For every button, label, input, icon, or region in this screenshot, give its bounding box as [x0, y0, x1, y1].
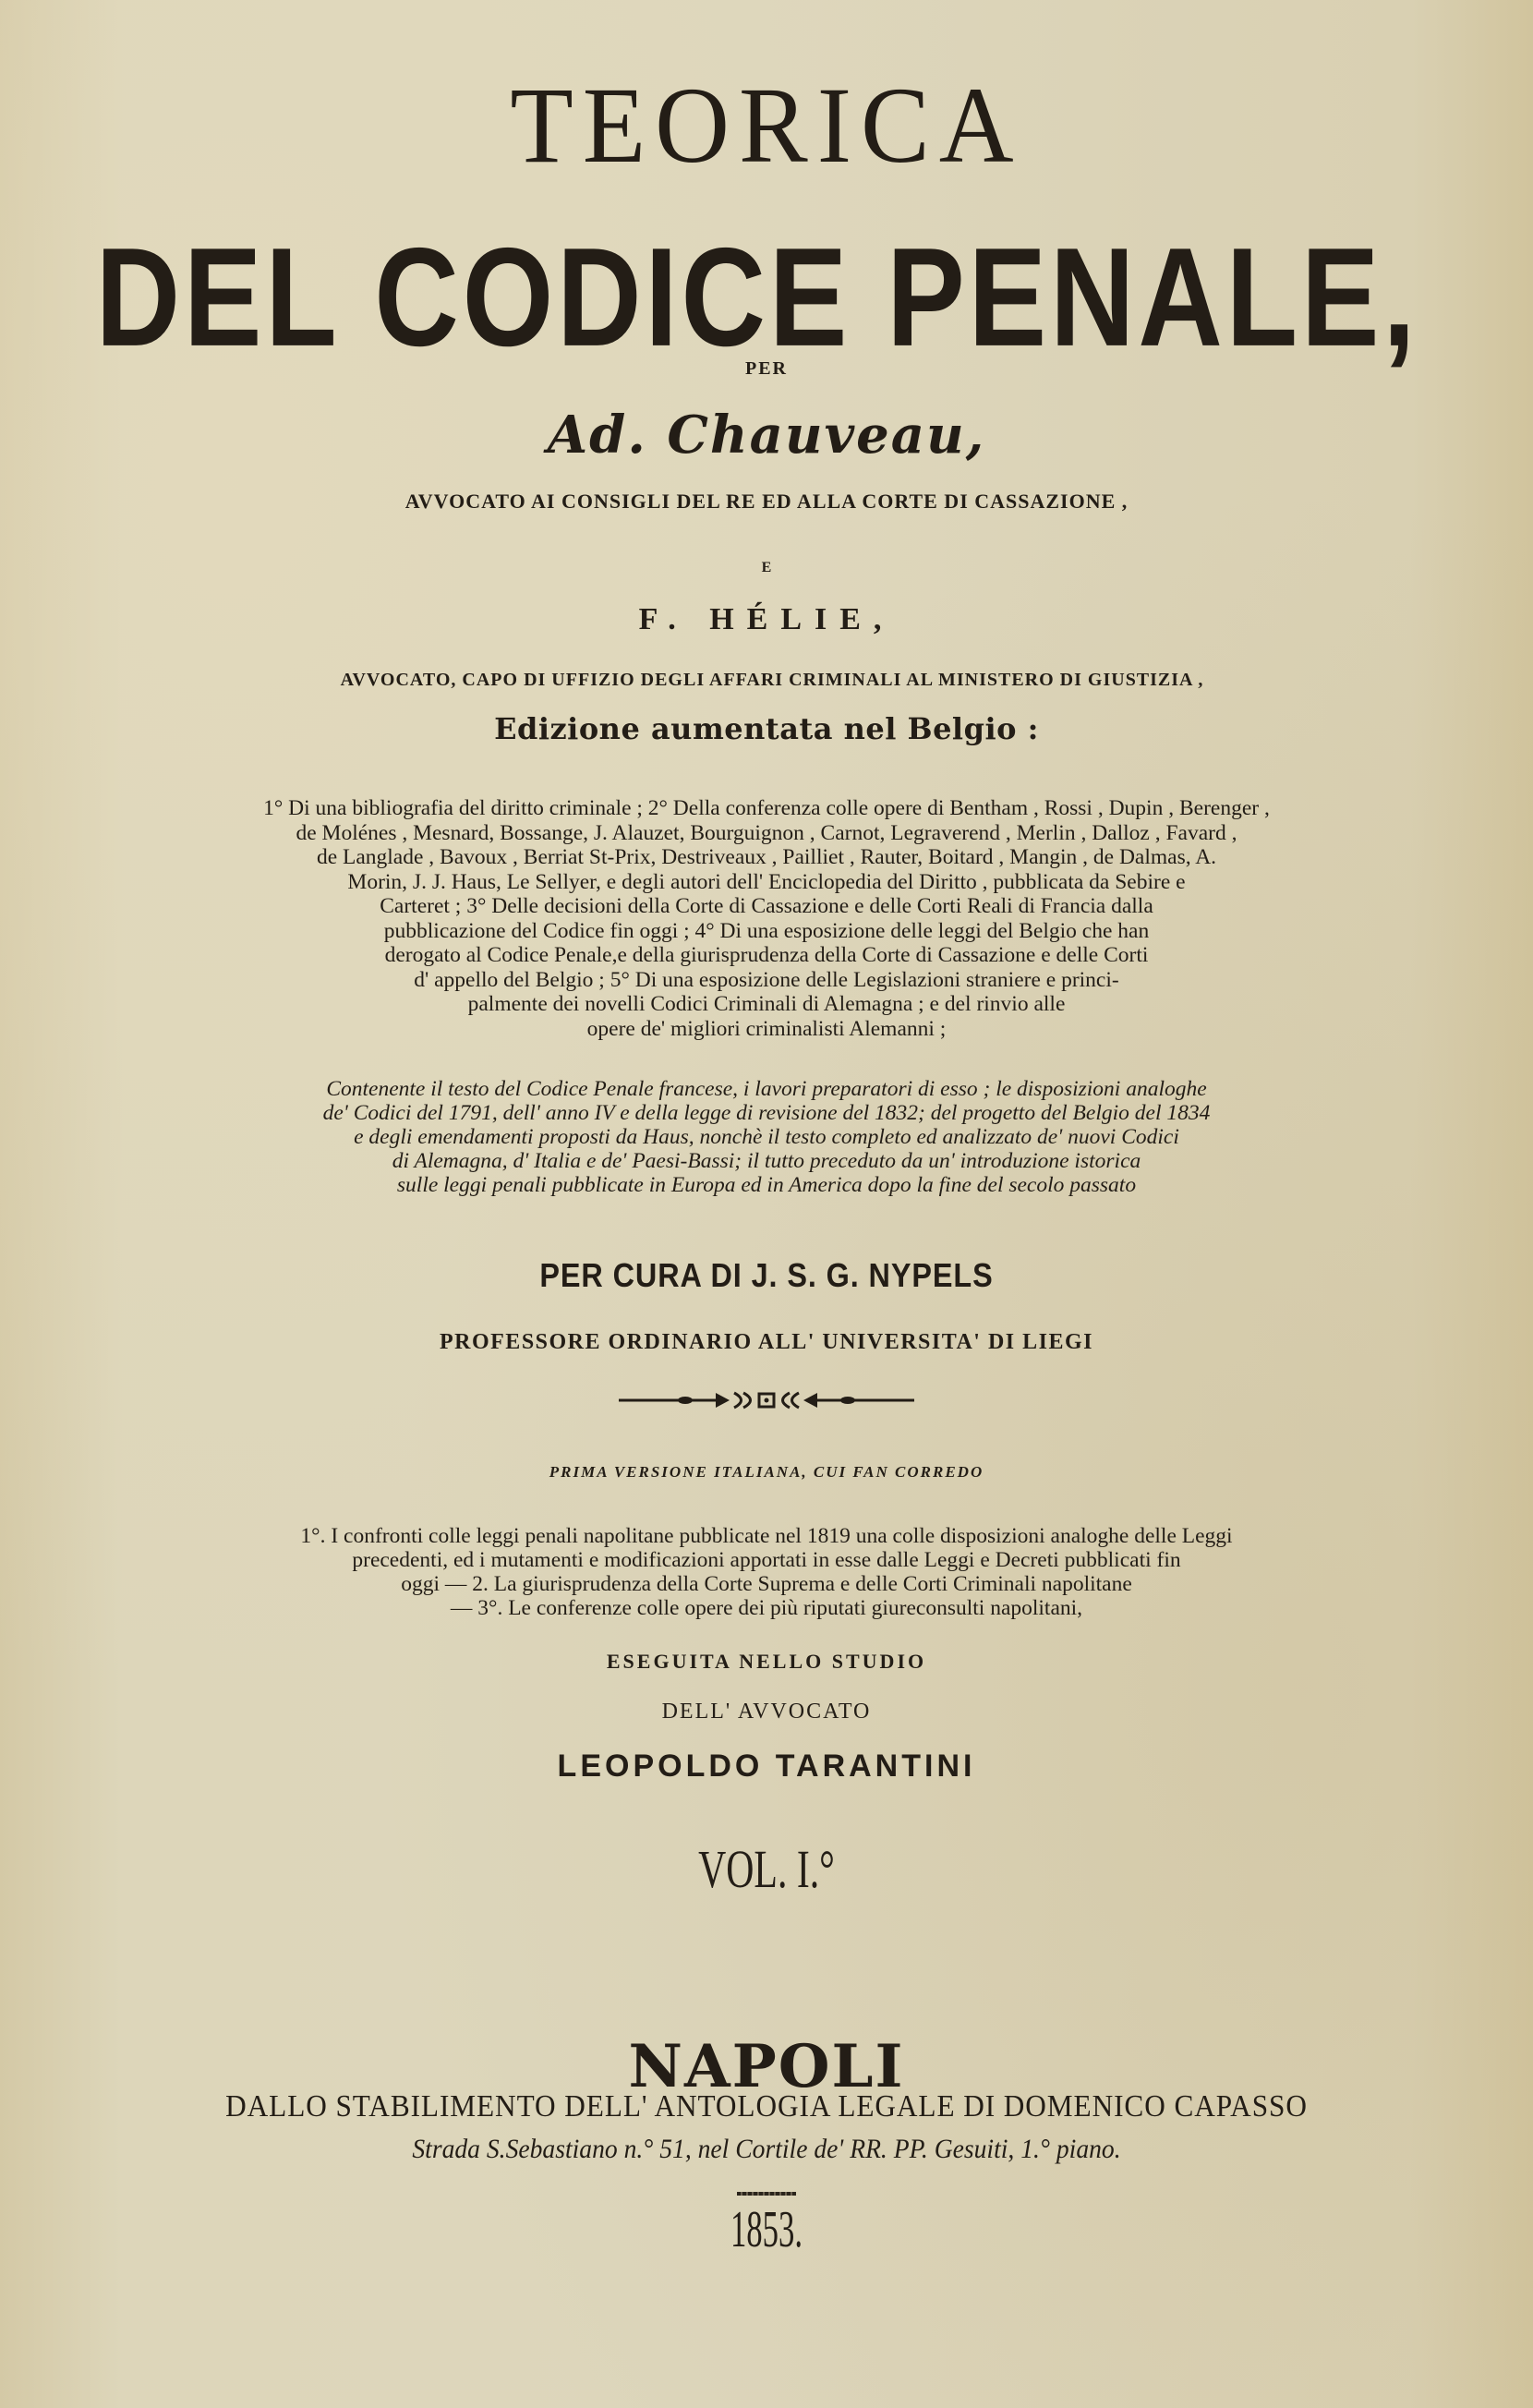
title-line-2: DEL CODICE PENALE, — [21, 217, 1493, 378]
contents-paragraph: Contenente il testo del Codice Penale fr… — [0, 1077, 1533, 1197]
title-page: TEORICA DEL CODICE PENALE, PER Ad. Chauv… — [0, 0, 1533, 2408]
author-2-role: AVVOCATO, CAPO DI UFFIZIO DEGLI AFFARI C… — [6, 670, 1533, 691]
confronti-line: — 3°. Le conferenze colle opere dei più … — [0, 1596, 1533, 1620]
bibliography-line: d' appello del Belgio ; 5° Di una esposi… — [0, 968, 1533, 993]
italian-version-heading: PRIMA VERSIONE ITALIANA, CUI FAN CORREDO — [0, 1463, 1533, 1482]
contents-line: di Alemagna, d' Italia e de' Paesi-Bassi… — [0, 1149, 1533, 1173]
confronti-line: 1°. I confronti colle leggi penali napol… — [0, 1524, 1533, 1548]
imprint-publisher: DALLO STABILIMENTO DELL' ANTOLOGIA LEGAL… — [61, 2089, 1471, 2124]
contents-line: e degli emendamenti proposti da Haus, no… — [0, 1125, 1533, 1149]
bibliography-line: Morin, J. J. Haus, Le Sellyer, e degli a… — [0, 870, 1533, 895]
translator-name: LEOPOLDO TARANTINI — [0, 1749, 1533, 1785]
curator-line: PER CURA DI J. S. G. NYPELS — [77, 1256, 1456, 1295]
imprint-year: 1853. — [291, 2200, 1241, 2259]
of-the-lawyer: DELL' AVVOCATO — [0, 1700, 1533, 1724]
bibliography-line: de Molénes , Mesnard, Bossange, J. Alauz… — [0, 821, 1533, 846]
bibliography-line: Carteret ; 3° Delle decisioni della Cort… — [0, 894, 1533, 919]
bibliography-line: palmente dei novelli Codici Criminali di… — [0, 992, 1533, 1017]
edition-heading: Edizione aumentata nel Belgio : — [0, 711, 1533, 746]
title-line-1: TEORICA — [0, 64, 1533, 188]
contents-line: de' Codici del 1791, dell' anno IV e del… — [0, 1101, 1533, 1125]
curator-role: PROFESSORE ORDINARIO ALL' UNIVERSITA' DI… — [0, 1330, 1533, 1355]
bibliography-line: 1° Di una bibliografia del diritto crimi… — [0, 796, 1533, 821]
by-label: PER — [0, 358, 1533, 380]
bibliography-line: de Langlade , Bavoux , Berriat St-Prix, … — [0, 845, 1533, 870]
short-rule-divider — [737, 2192, 796, 2196]
contents-line: sulle leggi penali pubblicate in Europa … — [0, 1173, 1533, 1197]
bibliography-line: opere de' migliori criminalisti Alemanni… — [0, 1017, 1533, 1042]
author-1-role: AVVOCATO AI CONSIGLI DEL RE ED ALLA CORT… — [0, 490, 1533, 514]
bibliography-paragraph: 1° Di una bibliografia del diritto crimi… — [0, 796, 1533, 1041]
conjunction: E — [0, 560, 1533, 576]
volume-number: VOL. I.° — [214, 1838, 1318, 1900]
imprint-address: Strada S.Sebastiano n.° 51, nel Cortile … — [61, 2134, 1471, 2165]
decorative-rule-ornament-icon — [0, 1389, 1533, 1411]
contents-line: Contenente il testo del Codice Penale fr… — [0, 1077, 1533, 1101]
confronti-paragraph: 1°. I confronti colle leggi penali napol… — [0, 1524, 1533, 1620]
confronti-line: oggi — 2. La giurisprudenza della Corte … — [0, 1572, 1533, 1596]
author-1-name: Ad. Chauveau, — [0, 405, 1533, 466]
bibliography-line: pubblicazione del Codice fin oggi ; 4° D… — [0, 919, 1533, 944]
executed-in-studio: ESEGUITA NELLO STUDIO — [0, 1650, 1533, 1674]
author-2-name: F. HÉLIE, — [0, 602, 1533, 637]
confronti-line: precedenti, ed i mutamenti e modificazio… — [0, 1548, 1533, 1572]
bibliography-line: derogato al Codice Penale,e della giuris… — [0, 943, 1533, 968]
